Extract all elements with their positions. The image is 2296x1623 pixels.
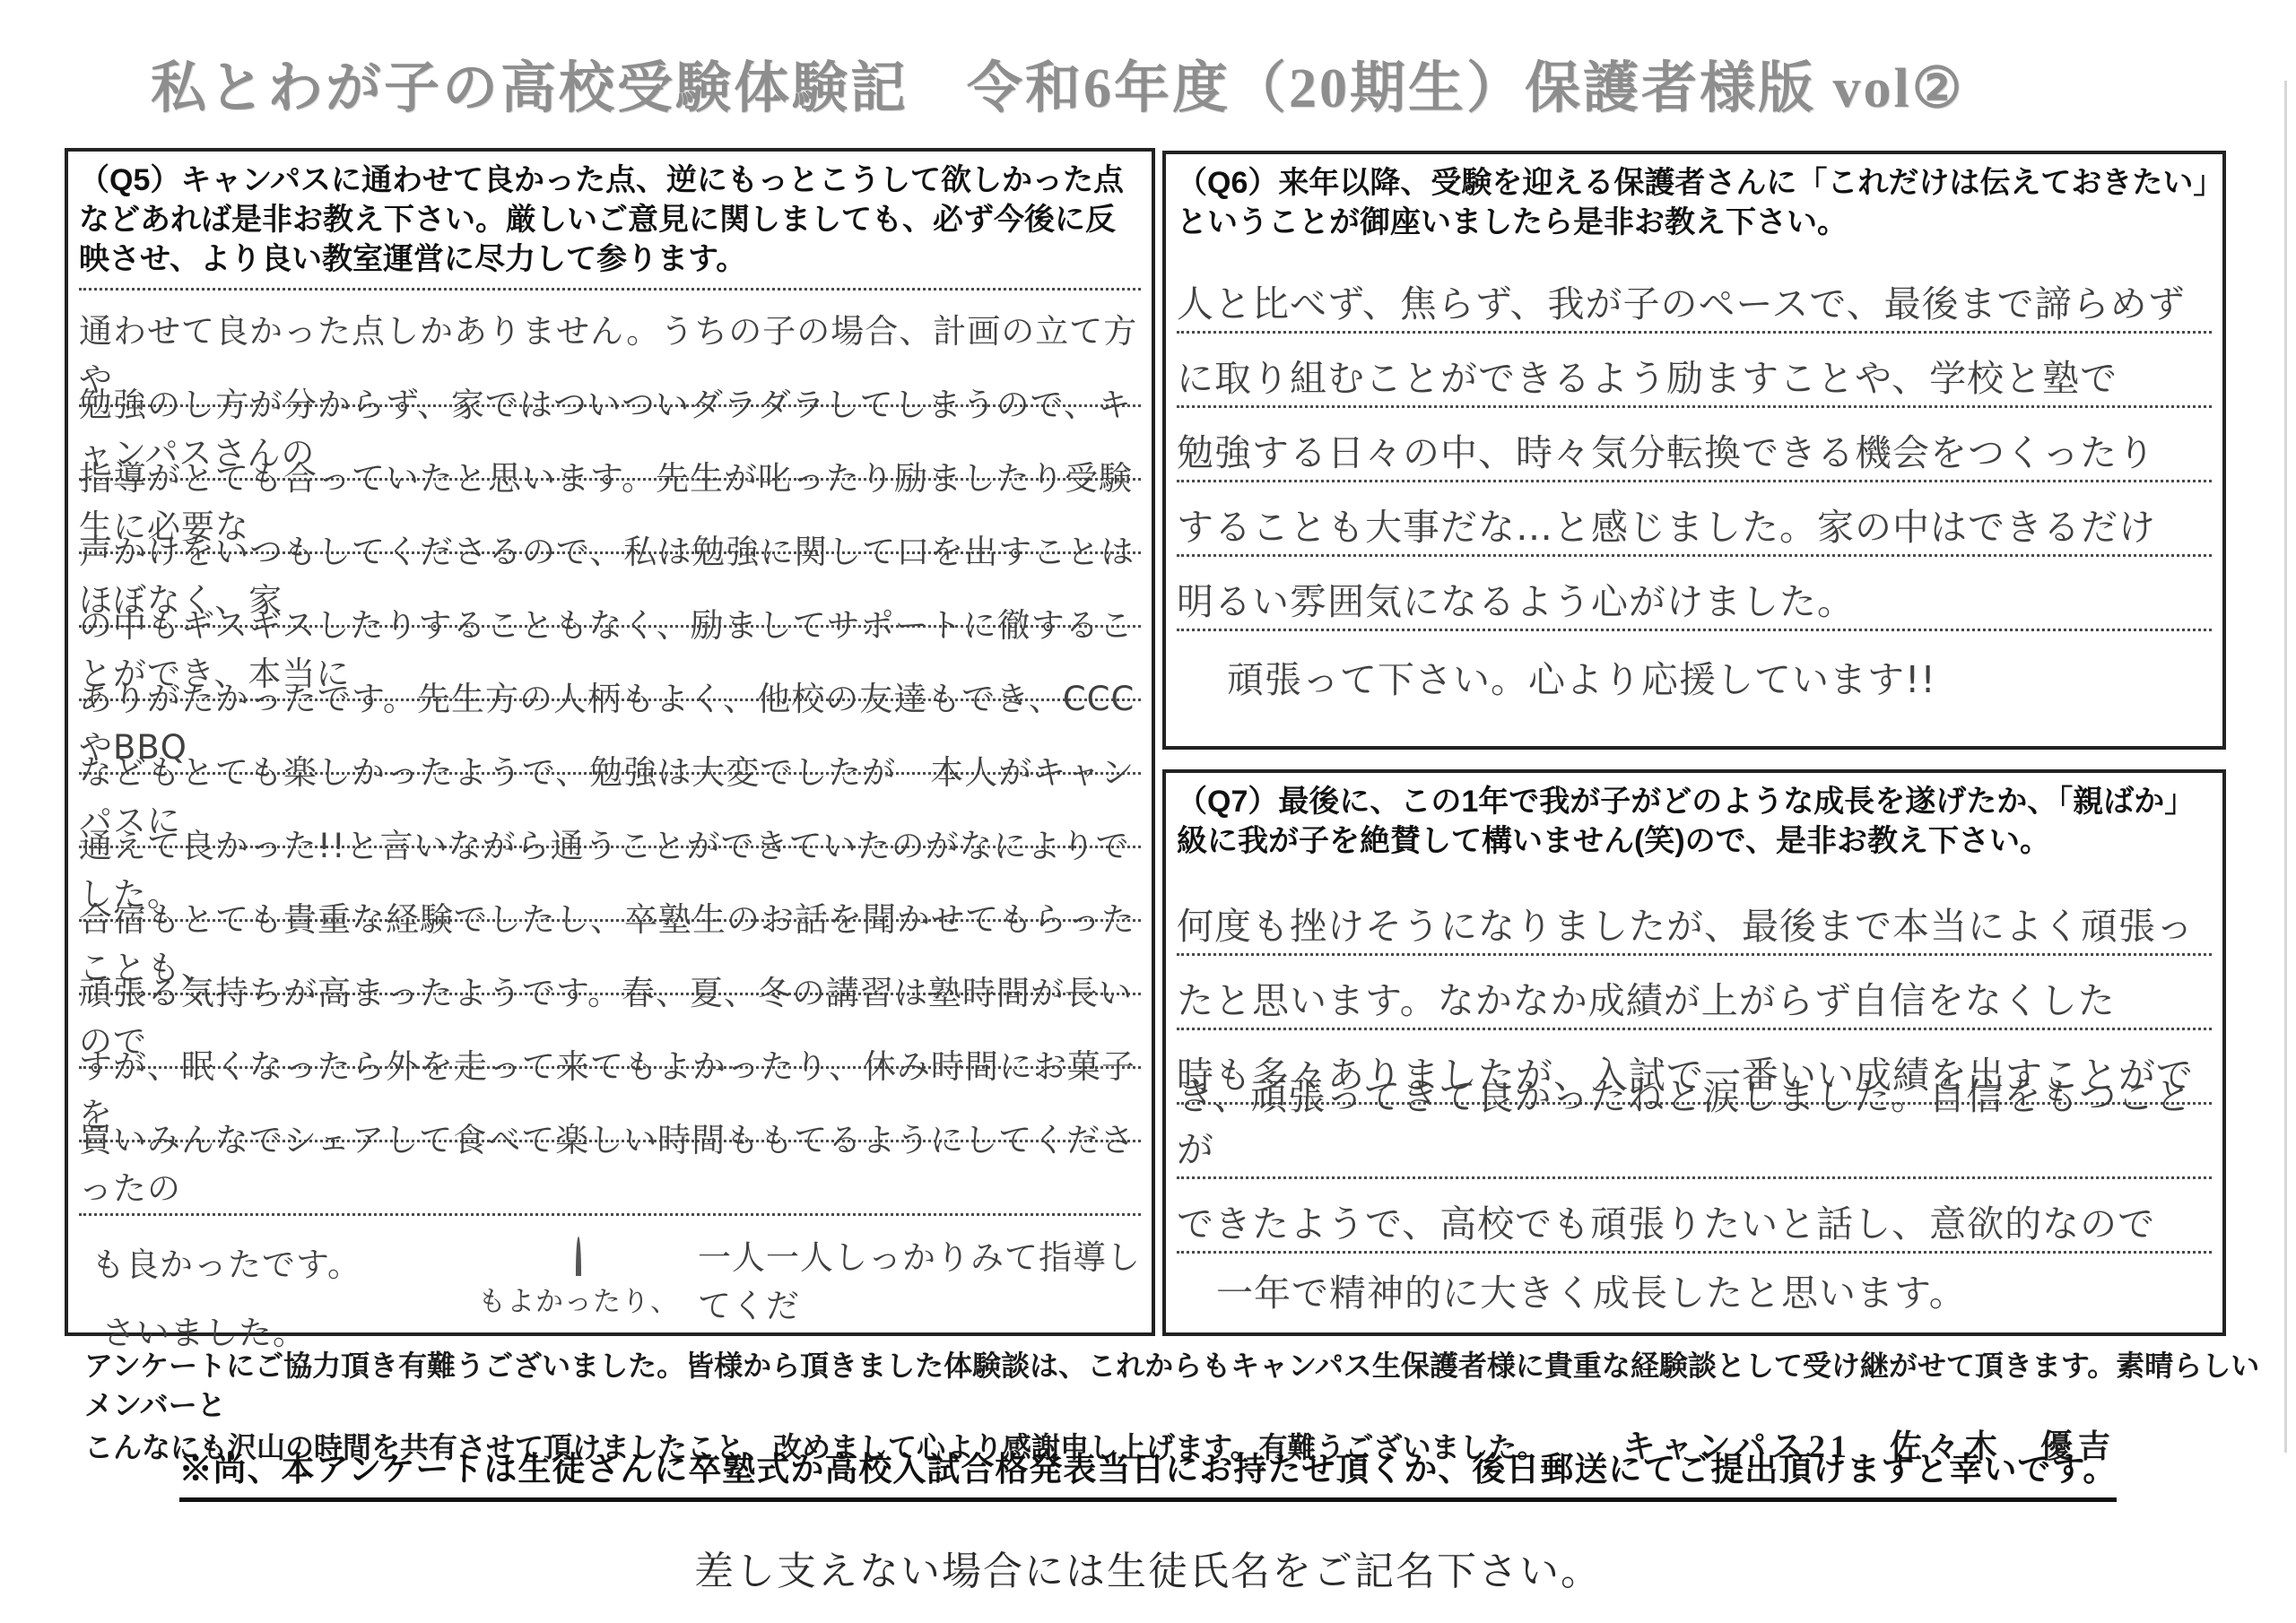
q5-insertion: もよかったり、 — [466, 1239, 691, 1319]
footer-thanks-line1: アンケートにご協力頂き有難うございました。皆様から頂きました体験談は、これからも… — [84, 1347, 2273, 1425]
q5-box: （Q5）キャンパスに通わせて良かった点、逆にもっとこうして欲しかった点などあれば… — [65, 148, 1155, 1336]
footer-notice: ※尚、本アンケートは生徒さんに卒塾式か高校入試合格発表当日にお持たせ頂くか、後日… — [179, 1442, 2118, 1502]
q5-closing-right: 一人一人しっかりみて指導してくだ — [698, 1230, 1141, 1327]
q7-closing-line: 一年で精神的に大きく成長したと思います。 — [1177, 1254, 2212, 1320]
q7-answer-area: 何度も挫けそうになりましたが、最後まで本当によく頑張っ たと思います。なかなか成… — [1166, 861, 2222, 1320]
insertion-brace-icon — [576, 1237, 581, 1276]
q6-question: （Q6）来年以降、受験を迎える保護者さんに「これだけは伝えておきたい」ということ… — [1166, 154, 2222, 242]
q6-closing-line: 頑張って下さい。心より応援しています!! — [1177, 631, 2212, 707]
page-title: 私とわが子の高校受験体験記 令和6年度（20期生）保護者様版 vol② — [151, 43, 2196, 123]
q6-answer-line: 明るい雰囲気になるよう心がけました。 — [1177, 557, 2212, 631]
q7-box: （Q7）最後に、この1年で我が子がどのような成長を遂げたか、「親ばか」級に我が子… — [1162, 769, 2226, 1336]
q5-answer-area: 通わせて良かった点しかありません。うちの子の場合、計画の立て方や 勉強のし方が分… — [68, 280, 1152, 1358]
q6-answer-line: 勉強する日々の中、時々気分転換できる機会をつくったり — [1177, 408, 2212, 482]
survey-page: 私とわが子の高校受験体験記 令和6年度（20期生）保護者様版 vol② （Q5）… — [0, 0, 2296, 1623]
q7-answer-line: 何度も挫けそうになりましたが、最後まで本当によく頑張っ — [1177, 861, 2212, 956]
q6-answer-line: 人と比べず、焦らず、我が子のペースで、最後まで諦らめず — [1177, 242, 2212, 334]
q6-answer-line: に取り組むことができるよう励ますことや、学校と塾で — [1177, 334, 2212, 408]
q5-closing-left: も良かったです。 — [91, 1237, 361, 1286]
q7-answer-line: き、頑張ってきて良かったねと涙しました。自信をもつことが — [1177, 1105, 2212, 1179]
q5-question: （Q5）キャンパスに通わせて良かった点、逆にもっとこうして欲しかった点などあれば… — [68, 152, 1152, 280]
q6-box: （Q6）来年以降、受験を迎える保護者さんに「これだけは伝えておきたい」ということ… — [1162, 151, 2226, 750]
q5-empty-guide-line — [79, 280, 1141, 291]
q7-answer-line: たと思います。なかなか成績が上がらず自信をなくした — [1177, 956, 2212, 1030]
q6-answer-line: することも大事だな…と感じました。家の中はできるだけ — [1177, 482, 2212, 557]
scan-edge-artifact — [2284, 81, 2287, 1453]
footer-notice-wrap: ※尚、本アンケートは生徒さんに卒塾式か高校入試合格発表当日にお持たせ頂くか、後日… — [0, 1442, 2296, 1502]
q5-insertion-note: もよかったり、 — [466, 1279, 691, 1319]
q5-answer-line: 買いみんなでシェアして食べて楽しい時間ももてるようにしてくださったの — [79, 1142, 1141, 1216]
q6-answer-area: 人と比べず、焦らず、我が子のペースで、最後まで諦らめず に取り組むことができるよ… — [1166, 242, 2222, 707]
q5-closing-row: も良かったです。 もよかったり、 一人一人しっかりみて指導してくだ — [79, 1216, 1141, 1279]
footer-name-request: 差し支えない場合には生徒氏名をご記名下さい。 — [0, 1539, 2296, 1596]
q7-answer-line: できたようで、高校でも頑張りたいと話し、意欲的なので — [1177, 1179, 2212, 1254]
q7-question: （Q7）最後に、この1年で我が子がどのような成長を遂げたか、「親ばか」級に我が子… — [1166, 773, 2222, 861]
